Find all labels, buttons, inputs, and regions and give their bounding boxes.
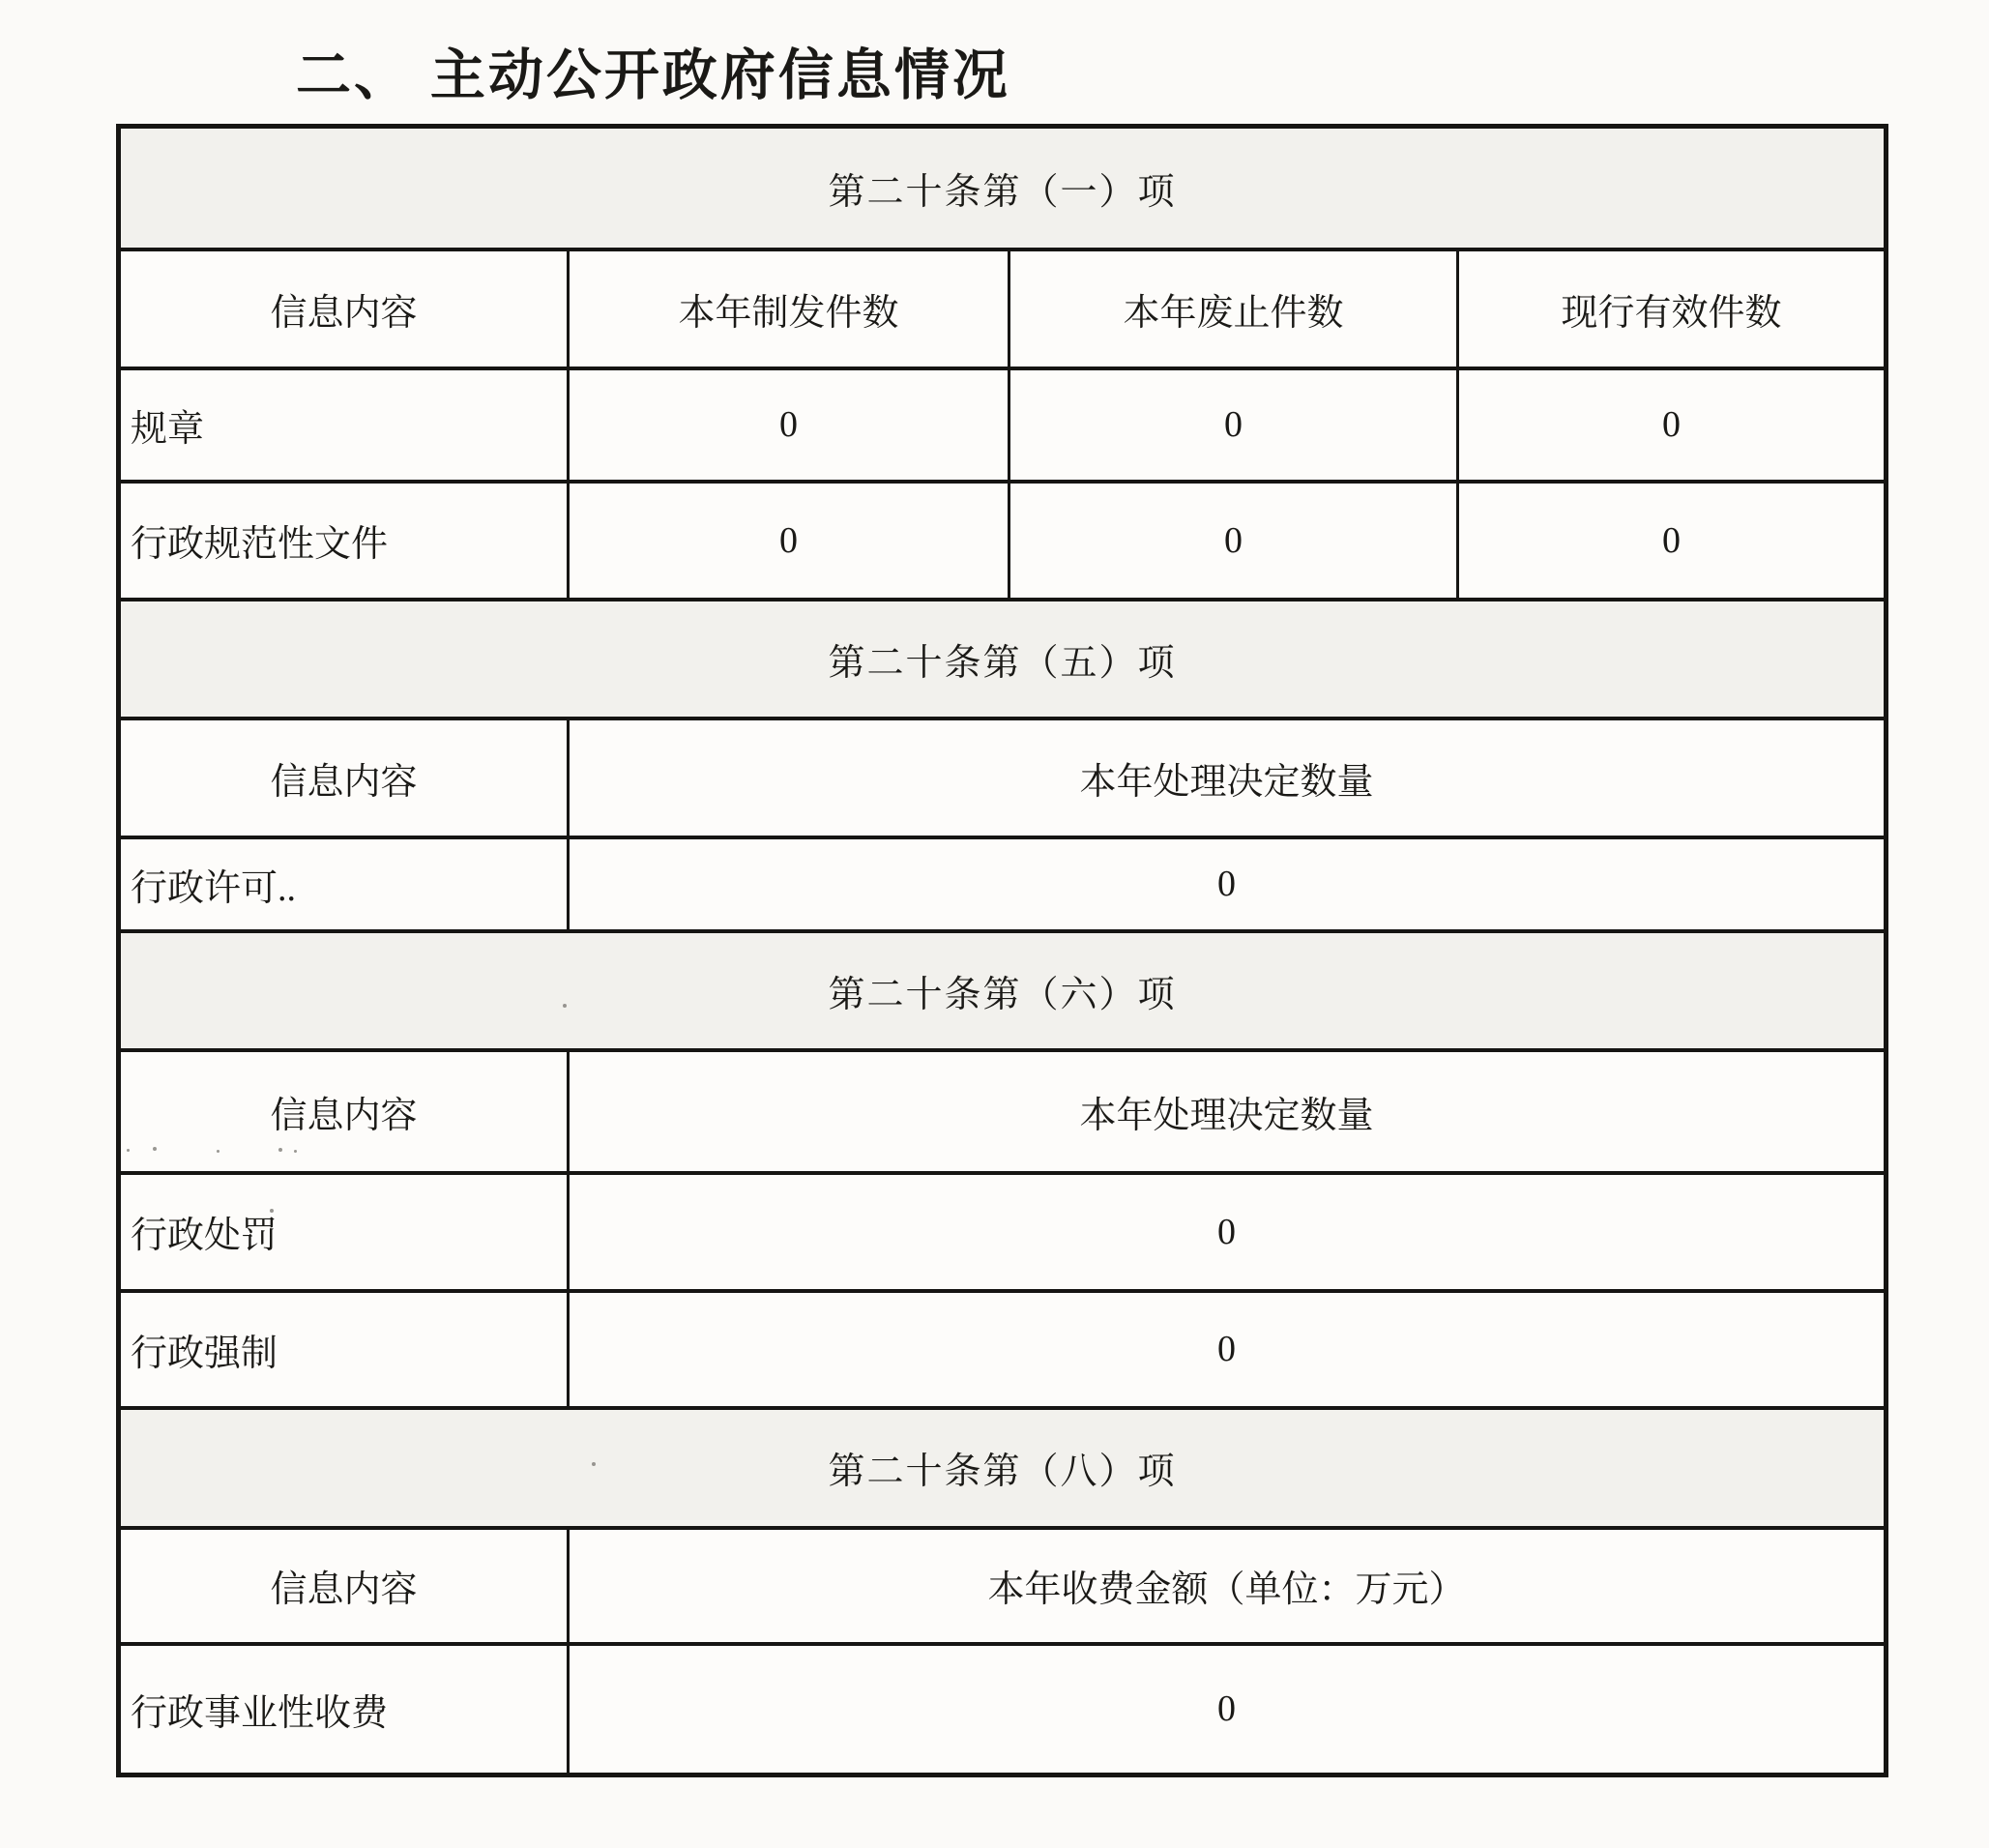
cell-value: 0 <box>569 1173 1887 1291</box>
column-header: 本年制发件数 <box>569 249 1009 368</box>
table-row: 行政事业性收费 0 <box>119 1644 1887 1775</box>
row-label: 行政许可.. <box>119 837 569 931</box>
column-header: 信息内容 <box>119 249 569 368</box>
table-row: 行政处罚 0 <box>119 1173 1887 1291</box>
cell-value: 0 <box>1009 368 1458 482</box>
scanned-report-page: { "document": { "title": "二、 主动公开政府信息情况"… <box>0 0 1989 1848</box>
scan-speckle <box>563 1004 567 1008</box>
row-label: 行政强制 <box>119 1291 569 1408</box>
table-row: 行政规范性文件 0 0 0 <box>119 482 1887 600</box>
row-label: 行政规范性文件 <box>119 482 569 600</box>
scan-speckle <box>270 1209 274 1213</box>
row-label: 行政处罚 <box>119 1173 569 1291</box>
column-header: 信息内容 <box>119 1050 569 1173</box>
column-header: 本年处理决定数量 <box>569 1050 1887 1173</box>
scan-speckle <box>294 1150 297 1153</box>
page-title: 二、 主动公开政府信息情况 <box>296 44 1010 108</box>
scan-speckle <box>278 1148 282 1152</box>
section-header: 第二十条第（一）项 <box>119 127 1887 249</box>
cell-value: 0 <box>1458 482 1887 600</box>
table-row: 规章 0 0 0 <box>119 368 1887 482</box>
row-label: 行政事业性收费 <box>119 1644 569 1775</box>
scan-speckle <box>217 1150 219 1153</box>
scan-speckle <box>153 1147 157 1151</box>
scan-speckle <box>127 1149 130 1152</box>
cell-value: 0 <box>1458 368 1887 482</box>
cell-value: 0 <box>569 1291 1887 1408</box>
column-header: 本年处理决定数量 <box>569 719 1887 837</box>
column-header: 信息内容 <box>119 1528 569 1644</box>
cell-value: 0 <box>1009 482 1458 600</box>
cell-value: 0 <box>569 1644 1887 1775</box>
section-header: 第二十条第（五）项 <box>119 600 1887 719</box>
column-header: 现行有效件数 <box>1458 249 1887 368</box>
column-header: 本年收费金额（单位：万元） <box>569 1528 1887 1644</box>
cell-value: 0 <box>569 368 1009 482</box>
row-label: 规章 <box>119 368 569 482</box>
cell-value: 0 <box>569 482 1009 600</box>
section-header: 第二十条第（八）项 <box>119 1408 1887 1528</box>
disclosure-table: 第二十条第（一）项 信息内容 本年制发件数 本年废止件数 现行有效件数 规章 0… <box>116 124 1888 1777</box>
column-header: 信息内容 <box>119 719 569 837</box>
cell-value: 0 <box>569 837 1887 931</box>
table-row: 行政强制 0 <box>119 1291 1887 1408</box>
table-row: 行政许可.. 0 <box>119 837 1887 931</box>
column-header: 本年废止件数 <box>1009 249 1458 368</box>
scan-speckle <box>592 1462 596 1466</box>
section-header: 第二十条第（六）项 <box>119 931 1887 1050</box>
